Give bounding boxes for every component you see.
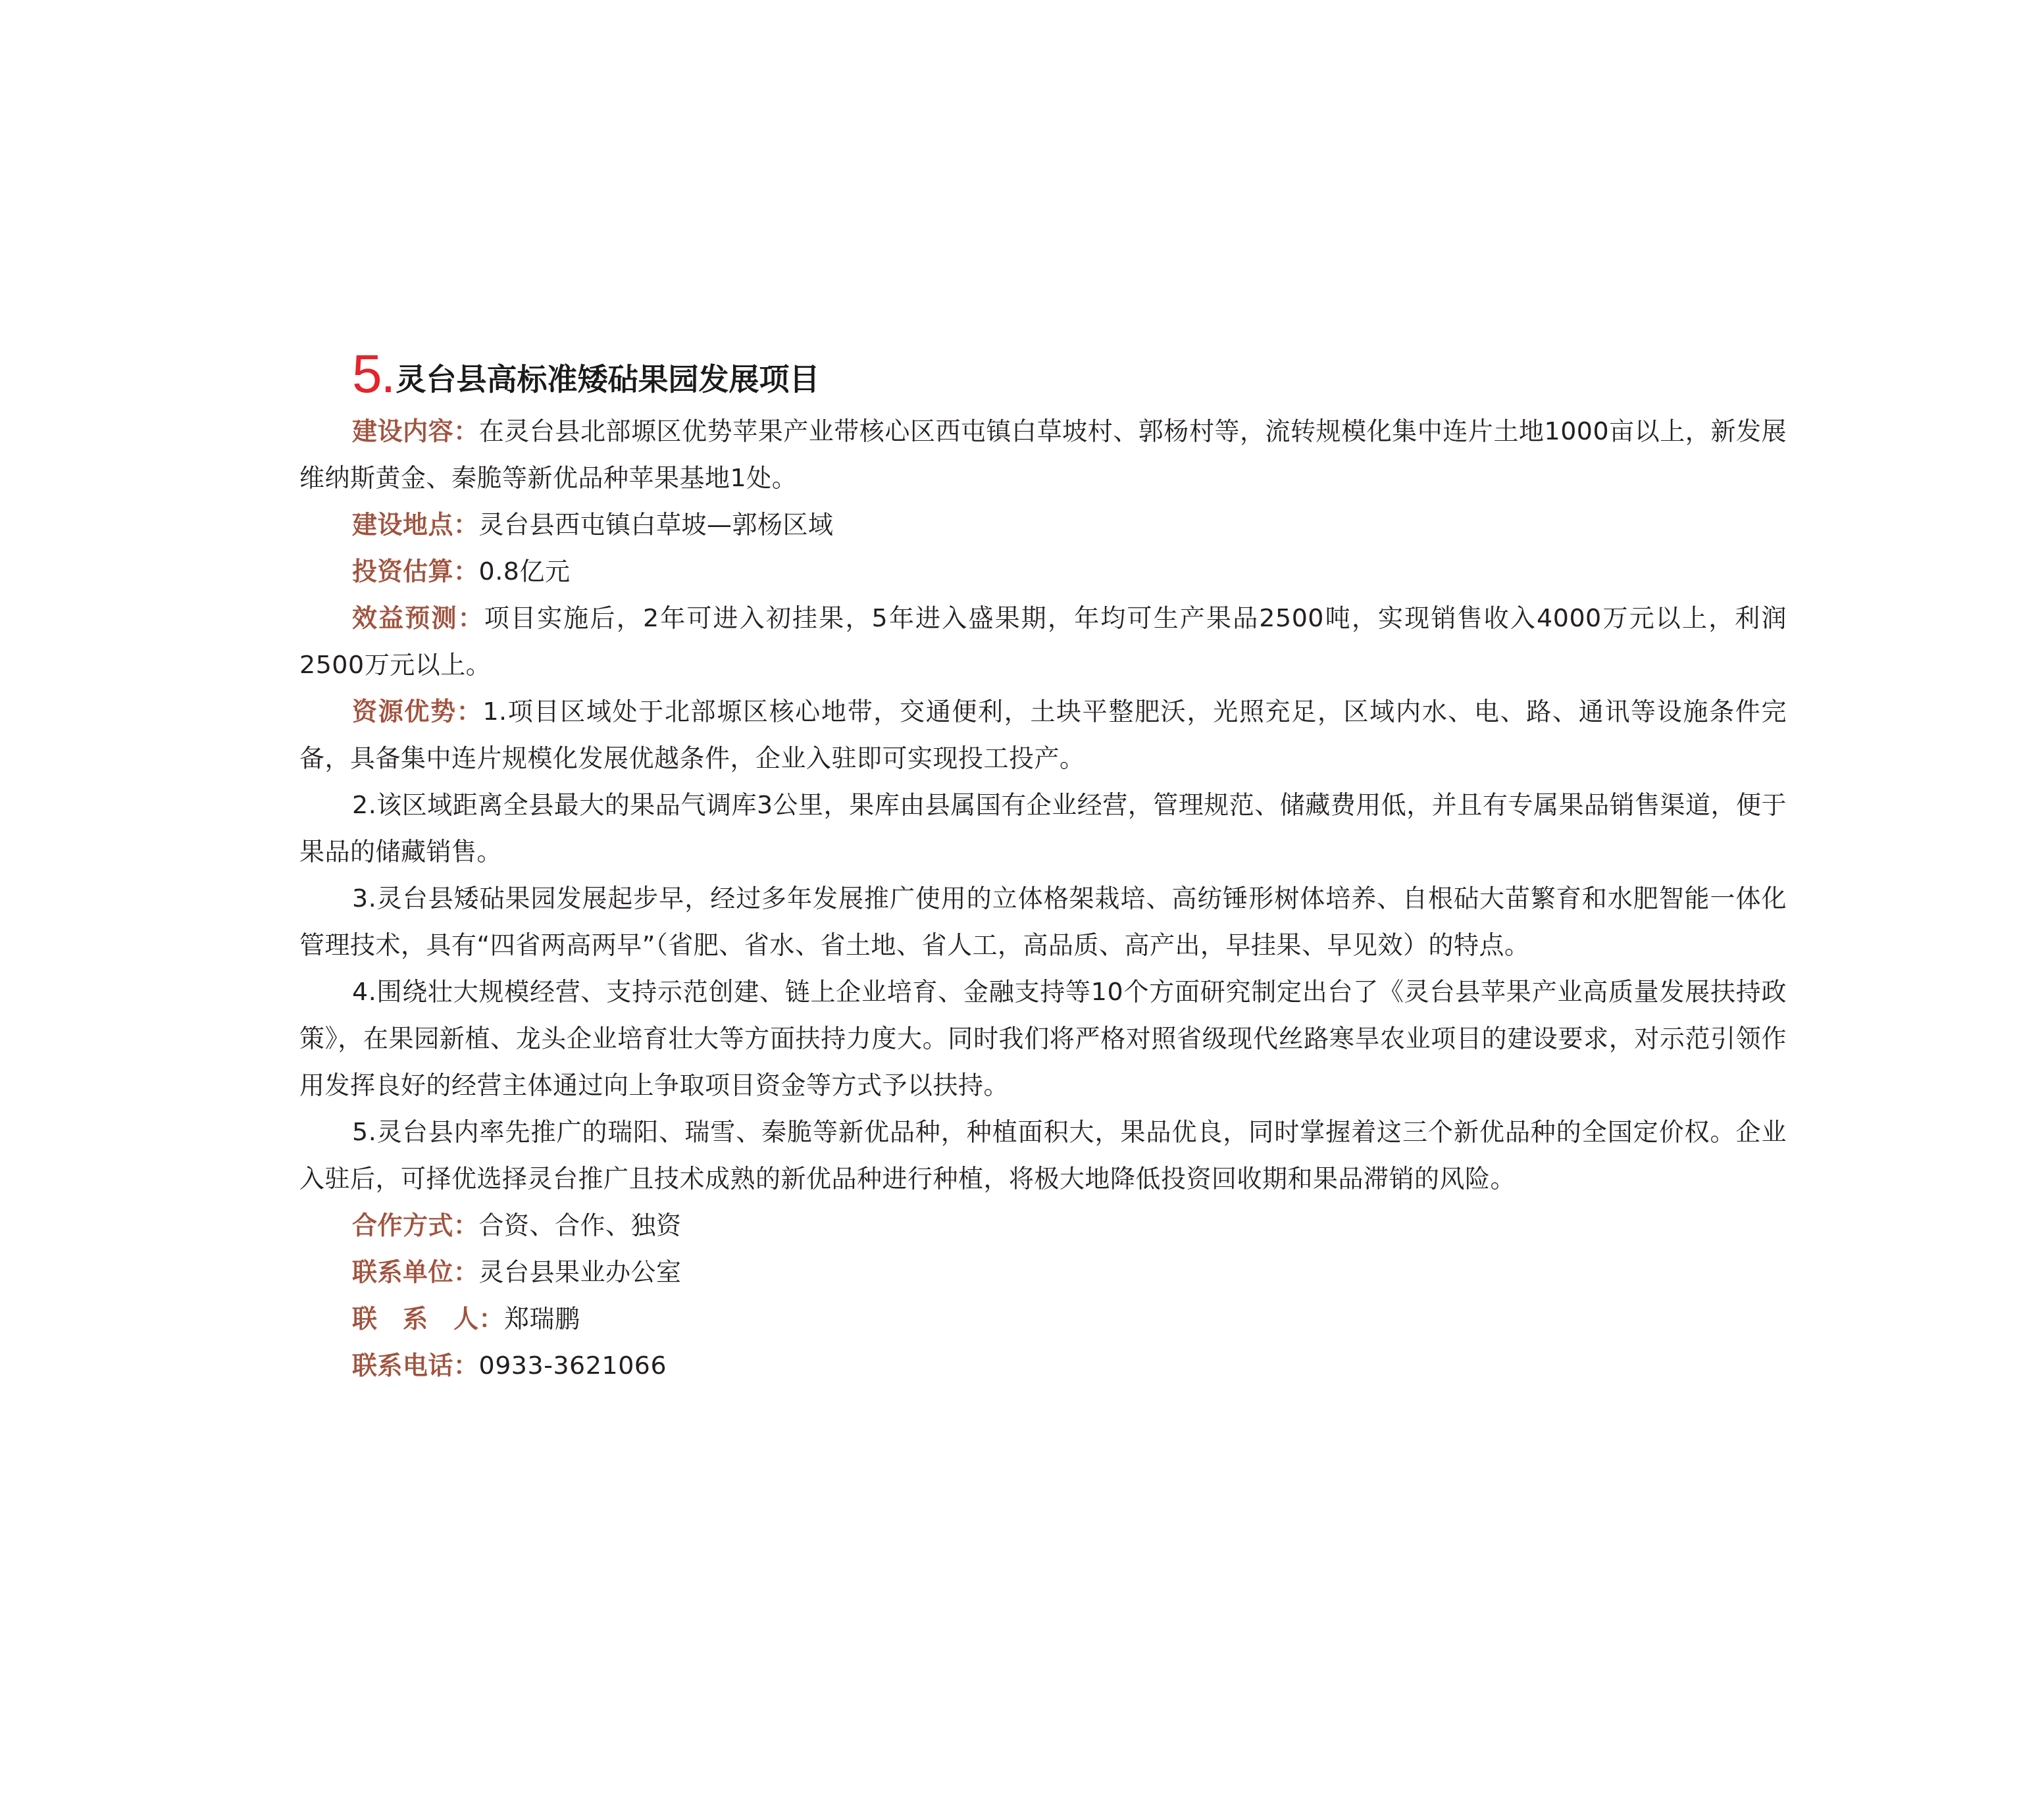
field-value: 0933-3621066: [479, 1351, 667, 1380]
field-content: 建设内容：在灵台县北部塬区优势苹果产业带核心区西屯镇白草坡村、郭杨村等，流转规模…: [299, 408, 1787, 501]
advantage-item: 5.灵台县内率先推广的瑞阳、瑞雪、秦脆等新优品种，种植面积大，果品优良，同时掌握…: [299, 1109, 1787, 1202]
field-label: 建设地点：: [352, 510, 479, 539]
field-label: 效益预测：: [352, 603, 484, 632]
field-label: 联 系 人：: [352, 1304, 504, 1333]
field-label: 合作方式：: [352, 1211, 479, 1240]
field-value: 郑瑞鹏: [504, 1304, 580, 1333]
field-advantages: 资源优势：1.项目区域处于北部塬区核心地带，交通便利，土块平整肥沃，光照充足，区…: [299, 688, 1787, 782]
field-label: 联系电话：: [352, 1351, 479, 1380]
field-contact-phone: 联系电话：0933-3621066: [299, 1342, 1787, 1389]
field-label: 联系单位：: [352, 1257, 479, 1286]
field-value: 灵台县果业办公室: [479, 1257, 682, 1286]
advantage-item: 2.该区域距离全县最大的果品气调库3公里，果库由县属国有企业经营，管理规范、储藏…: [299, 782, 1787, 875]
field-value: 合资、合作、独资: [479, 1211, 682, 1240]
project-section: 5. 灵台县高标准矮砧果园发展项目 建设内容：在灵台县北部塬区优势苹果产业带核心…: [299, 347, 1787, 1389]
field-location: 建设地点：灵台县西屯镇白草坡—郭杨区域: [299, 501, 1787, 548]
field-value: 灵台县西屯镇白草坡—郭杨区域: [479, 510, 834, 539]
field-investment: 投资估算：0.8亿元: [299, 548, 1787, 595]
section-heading: 5. 灵台县高标准矮砧果园发展项目: [352, 347, 1787, 400]
field-contact-unit: 联系单位：灵台县果业办公室: [299, 1249, 1787, 1296]
section-number: 5.: [352, 349, 394, 400]
advantage-item: 4.围绕壮大规模经营、支持示范创建、链上企业培育、金融支持等10个方面研究制定出…: [299, 969, 1787, 1109]
field-value: 项目实施后，2年可进入初挂果，5年进入盛果期，年均可生产果品2500吨，实现销售…: [299, 603, 1787, 679]
advantage-item: 3.灵台县矮砧果园发展起步早，经过多年发展推广使用的立体格架栽培、高纺锤形树体培…: [299, 875, 1787, 969]
section-title: 灵台县高标准矮砧果园发展项目: [396, 361, 819, 397]
field-label: 投资估算：: [352, 557, 479, 586]
advantage-item: 1.项目区域处于北部塬区核心地带，交通便利，土块平整肥沃，光照充足，区域内水、电…: [299, 697, 1787, 772]
field-benefit: 效益预测：项目实施后，2年可进入初挂果，5年进入盛果期，年均可生产果品2500吨…: [299, 595, 1787, 688]
field-contact-person: 联 系 人：郑瑞鹏: [299, 1296, 1787, 1342]
field-value: 在灵台县北部塬区优势苹果产业带核心区西屯镇白草坡村、郭杨村等，流转规模化集中连片…: [299, 416, 1787, 492]
field-label: 建设内容：: [352, 416, 479, 445]
field-cooperation: 合作方式：合资、合作、独资: [299, 1202, 1787, 1249]
field-value: 0.8亿元: [479, 557, 571, 586]
field-label: 资源优势：: [352, 697, 482, 726]
